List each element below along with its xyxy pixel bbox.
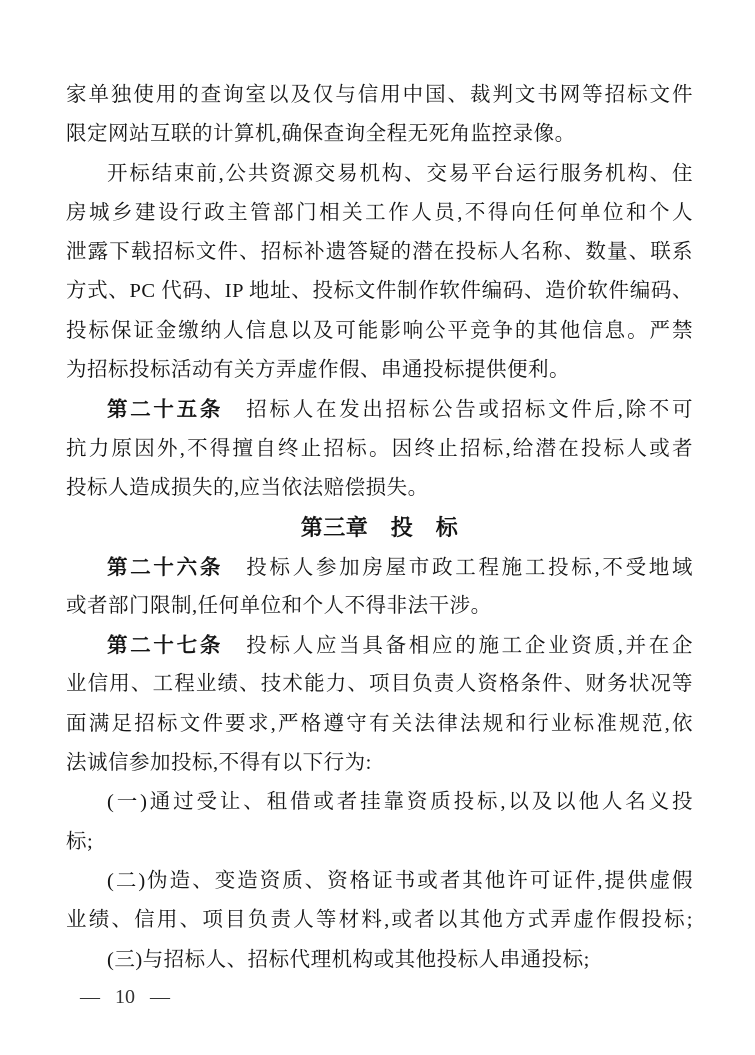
text-line: 限定网站互联的计算机,确保查询全程无死角监控录像。 — [66, 115, 693, 154]
text-line: 抗力原因外,不得擅自终止招标。因终止招标,给潜在投标人或者 — [66, 430, 693, 469]
page-footer: — 10 — — [80, 986, 170, 1008]
text-line: 法诚信参加投标,不得有以下行为: — [66, 744, 693, 783]
chapter-heading: 第三章 投 标 — [66, 508, 693, 547]
text-line: 投标人造成损失的,应当依法赔偿损失。 — [66, 469, 693, 508]
document-page: 家单独使用的查询室以及仅与信用中国、裁判文书网等招标文件 限定网站互联的计算机,… — [0, 0, 755, 1055]
text-line: 第二十六条 投标人参加房屋市政工程施工投标,不受地域 — [66, 548, 693, 587]
footer-dash-right: — — [150, 986, 170, 1008]
text-line: 业绩、信用、项目负责人等材料,或者以其他方式弄虚作假投标; — [66, 901, 693, 940]
text-line: 泄露下载招标文件、招标补遗答疑的潜在投标人名称、数量、联系 — [66, 233, 693, 272]
text-line: 标; — [66, 823, 693, 862]
text-line: 开标结束前,公共资源交易机构、交易平台运行服务机构、住 — [66, 155, 693, 194]
text-line: 第二十五条 招标人在发出招标公告或招标文件后,除不可 — [66, 390, 693, 429]
text-line: 业信用、工程业绩、技术能力、项目负责人资格条件、财务状况等方 — [66, 665, 693, 704]
text-block: 家单独使用的查询室以及仅与信用中国、裁判文书网等招标文件 限定网站互联的计算机,… — [66, 76, 693, 980]
page-number: 10 — [115, 986, 135, 1008]
footer-dash-left: — — [80, 986, 100, 1008]
article-number-term: 第二十六条 — [107, 556, 223, 579]
text-line: 家单独使用的查询室以及仅与信用中国、裁判文书网等招标文件 — [66, 76, 693, 115]
article-number-term: 第二十五条 — [107, 398, 223, 421]
text-line: (三)与招标人、招标代理机构或其他投标人串通投标; — [66, 941, 693, 980]
line-text: 投标人应当具备相应的施工企业资质,并在企 — [223, 635, 693, 657]
text-line: 方式、PC 代码、IP 地址、投标文件制作软件编码、造价软件编码、 — [66, 272, 693, 311]
text-line: 或者部门限制,任何单位和个人不得非法干涉。 — [66, 587, 693, 626]
line-text: 招标人在发出招标公告或招标文件后,除不可 — [223, 399, 693, 421]
line-text: 投标人参加房屋市政工程施工投标,不受地域 — [223, 557, 693, 579]
text-line: 房城乡建设行政主管部门相关工作人员,不得向任何单位和个人 — [66, 194, 693, 233]
text-line: 投标保证金缴纳人信息以及可能影响公平竞争的其他信息。严禁 — [66, 312, 693, 351]
text-line: 为招标投标活动有关方弄虚作假、串通投标提供便利。 — [66, 351, 693, 390]
text-line: (一)通过受让、租借或者挂靠资质投标,以及以他人名义投 — [66, 783, 693, 822]
text-line: 第二十七条 投标人应当具备相应的施工企业资质,并在企 — [66, 626, 693, 665]
text-line: 面满足招标文件要求,严格遵守有关法律法规和行业标准规范,依 — [66, 705, 693, 744]
text-line: (二)伪造、变造资质、资格证书或者其他许可证件,提供虚假 — [66, 862, 693, 901]
article-number-term: 第二十七条 — [107, 634, 223, 657]
